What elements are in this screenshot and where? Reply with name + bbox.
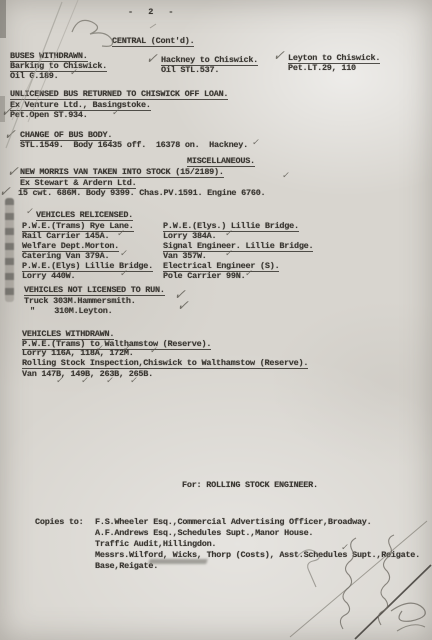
pencil-check-icon: ✓ [251,138,261,148]
pencil-check-icon: ✓ [80,376,90,386]
pencil-scribble-top-left [0,0,210,235]
vehicle-line: Catering Van 379A. [22,251,109,261]
pencil-check-icon: ✓ [119,269,129,279]
vehicle-line: Truck 303M.Hammersmith. [24,296,136,306]
vehicle-line: Lorry 440W. [22,271,75,281]
scanned-document-page: - 2 - CENTRAL (Cont'd). BUSES WITHDRAWN.… [0,0,432,640]
pencil-scribble-bottom-right [285,515,432,640]
transfer-line: Rolling Stock Inspection,Chiswick to Wal… [22,358,308,369]
pencil-check-icon: ✓ [119,249,129,259]
for-signature-line: For: ROLLING STOCK ENGINEER. [182,480,318,490]
section-heading: VEHICLES NOT LICENSED TO RUN. [24,285,165,296]
scan-edge-artifact [5,198,14,302]
pencil-check-icon: ✓ [129,376,139,386]
pencil-check-icon: ✓ [224,249,234,259]
copies-entry: A.F.Andrews Esq.,Schedules Supt.,Manor H… [95,528,313,538]
pencil-check-icon: ✓ [281,171,291,181]
vehicle-line: Pole Carrier 99N. [163,271,245,281]
pencil-check-icon: ✓ [105,376,115,386]
pencil-check-icon: ✓ [55,376,65,386]
ink-smudge [148,559,207,564]
pencil-check-icon: ✓ [224,229,234,239]
copies-entry: Traffic Audit,Hillingdon. [95,539,216,549]
pencil-check-icon: ✓ [244,269,254,279]
vehicle-line: Van 357W. [163,251,207,261]
vehicle-line: Lorry 116A, 118A, 172M. [22,348,134,358]
pencil-check-icon: ✓ [271,47,288,67]
pencil-check-icon: ✓ [149,346,159,356]
route-detail: Pet.LT.29, 110 [288,63,356,73]
vehicle-line: " 310M.Leyton. [30,306,112,316]
copies-label: Copies to: [35,517,84,527]
